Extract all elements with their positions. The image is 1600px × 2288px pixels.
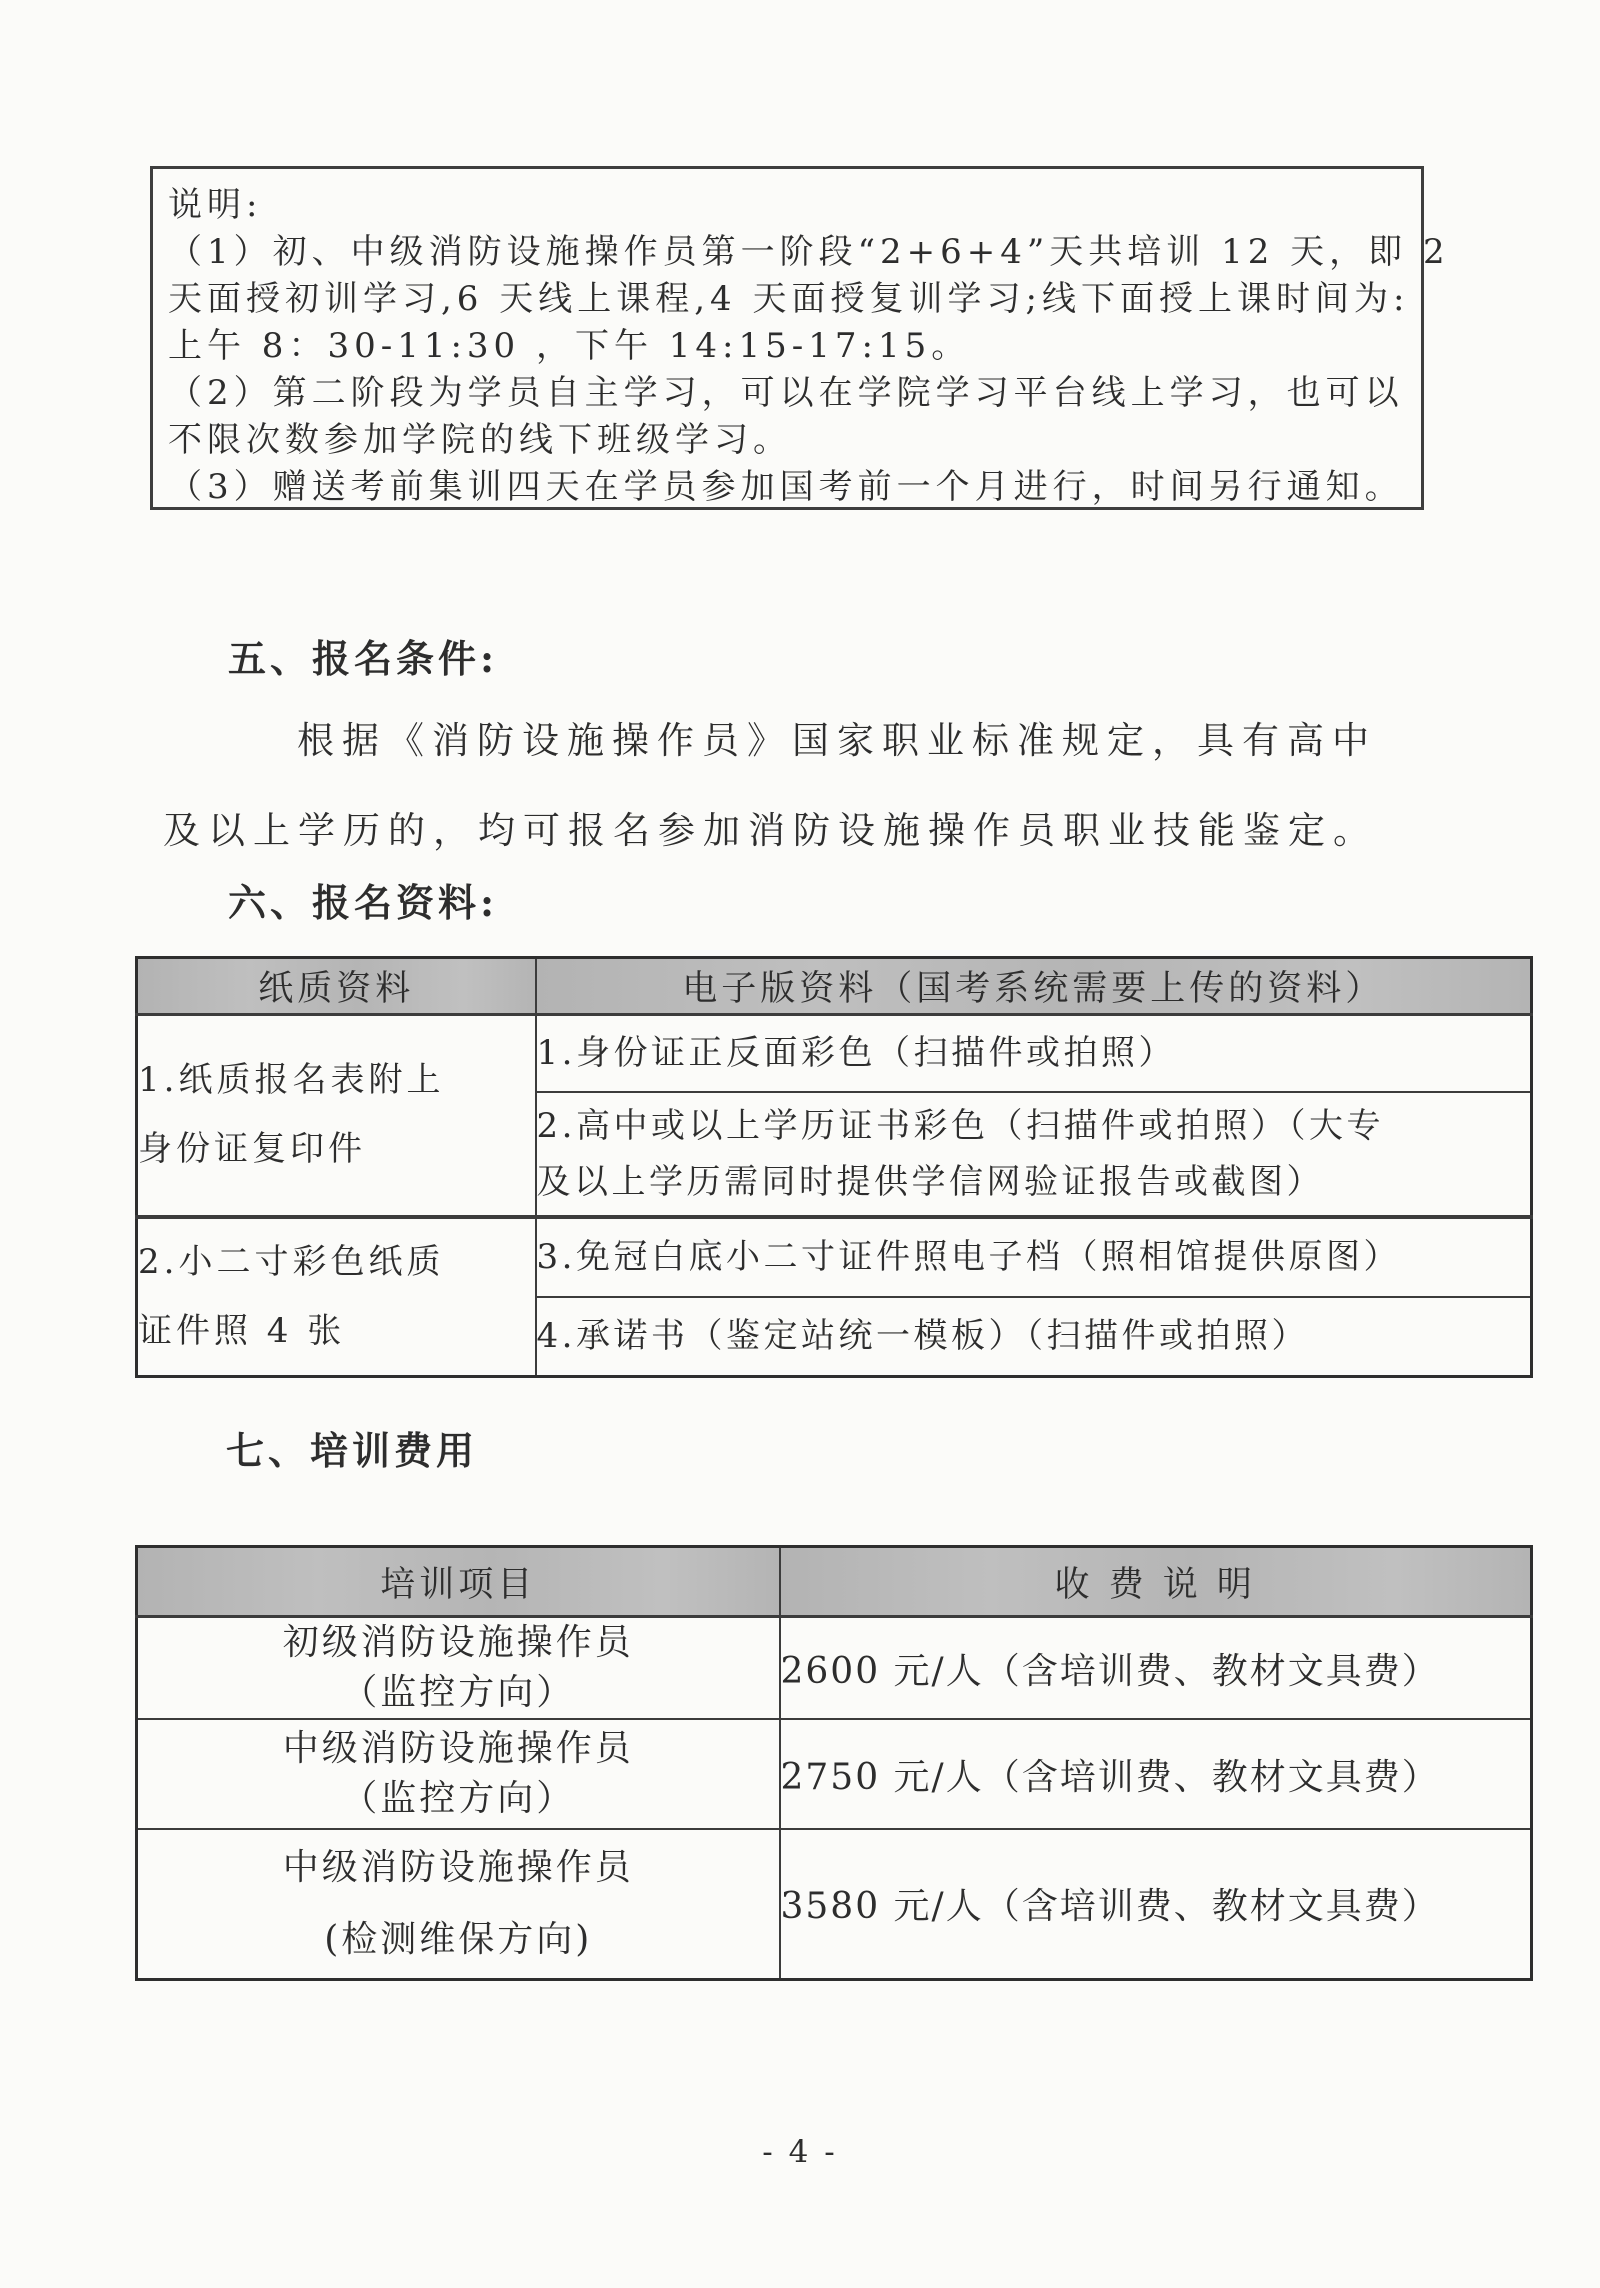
section-7-heading: 七、培训费用: [226, 1420, 478, 1475]
materials-header-row: 纸质资料 电子版资料（国考系统需要上传的资料）: [137, 958, 1532, 1015]
digital-item-line: 2.高中或以上学历证书彩色（扫描件或拍照）（大专: [537, 1098, 1531, 1154]
fee-cell: 3580 元/人（含培训费、教材文具费）: [780, 1829, 1532, 1979]
fee-cell: 2750 元/人（含培训费、教材文具费）: [780, 1719, 1532, 1829]
project-cell: 初级消防设施操作员 （监控方向）: [137, 1617, 780, 1720]
section-5-body-line-1: 根据《消防设施操作员》国家职业标准规定，具有高中: [297, 710, 1377, 764]
paper-group-line: 1.纸质报名表附上: [138, 1046, 535, 1115]
page-number: - 4 -: [0, 2134, 1600, 2170]
paper-group-cell-1: 1.纸质报名表附上 身份证复印件: [137, 1015, 536, 1217]
digital-item-cell-3: 3.免冠白底小二寸证件照电子档（照相馆提供原图）: [536, 1217, 1532, 1297]
paper-group-cell-2: 2.小二寸彩色纸质 证件照 4 张: [137, 1217, 536, 1377]
fees-table: 培训项目 收 费 说 明 初级消防设施操作员 （监控方向） 2600 元/人（含…: [135, 1545, 1533, 1981]
notes-title: 说明:: [168, 182, 1407, 229]
fees-header-project: 培训项目: [137, 1547, 780, 1617]
section-5-body-line-2: 及以上学历的，均可报名参加消防设施操作员职业技能鉴定。: [163, 800, 1378, 854]
paper-group-line: 身份证复印件: [138, 1115, 535, 1184]
notes-line-3: 上午 8：30-11:30 ，下午 14:15-17:15。: [168, 323, 1407, 370]
fee-cell: 2600 元/人（含培训费、教材文具费）: [780, 1617, 1532, 1720]
project-line: 中级消防设施操作员: [138, 1724, 779, 1774]
fee-row: 中级消防设施操作员 (检测维保方向) 3580 元/人（含培训费、教材文具费）: [137, 1829, 1532, 1979]
notes-line-1: （1）初、中级消防设施操作员第一阶段“2+6+4”天共培训 12 天，即 2: [168, 229, 1407, 276]
table-row: 1.纸质报名表附上 身份证复印件 1.身份证正反面彩色（扫描件或拍照）: [137, 1015, 1532, 1092]
digital-item-line: 1.身份证正反面彩色（扫描件或拍照）: [537, 1025, 1531, 1081]
table-row: 2.小二寸彩色纸质 证件照 4 张 3.免冠白底小二寸证件照电子档（照相馆提供原…: [137, 1217, 1532, 1297]
paper-group-line: 证件照 4 张: [138, 1297, 535, 1366]
notes-line-2: 天面授初训学习,6 天线上课程,4 天面授复训学习;线下面授上课时间为:: [168, 276, 1407, 323]
project-line: （监控方向）: [138, 1774, 779, 1824]
section-5-heading: 五、报名条件:: [228, 628, 498, 683]
digital-item-line: 4.承诺书（鉴定站统一模板）（扫描件或拍照）: [537, 1308, 1531, 1364]
section-6-heading: 六、报名资料:: [228, 872, 498, 927]
digital-item-line: 及以上学历需同时提供学信网验证报告或截图）: [537, 1154, 1531, 1210]
project-cell: 中级消防设施操作员 (检测维保方向): [137, 1829, 780, 1979]
materials-header-digital: 电子版资料（国考系统需要上传的资料）: [536, 958, 1532, 1015]
fee-row: 中级消防设施操作员 （监控方向） 2750 元/人（含培训费、教材文具费）: [137, 1719, 1532, 1829]
project-line: 中级消防设施操作员: [138, 1845, 779, 1891]
digital-item-line: 3.免冠白底小二寸证件照电子档（照相馆提供原图）: [537, 1229, 1531, 1285]
digital-item-cell-2: 2.高中或以上学历证书彩色（扫描件或拍照）（大专 及以上学历需同时提供学信网验证…: [536, 1092, 1532, 1217]
paper-group-line: 2.小二寸彩色纸质: [138, 1228, 535, 1297]
notes-line-6: （3）赠送考前集训四天在学员参加国考前一个月进行，时间另行通知。: [168, 464, 1407, 511]
notes-box: 说明: （1）初、中级消防设施操作员第一阶段“2+6+4”天共培训 12 天，即…: [150, 166, 1424, 510]
materials-header-paper: 纸质资料: [137, 958, 536, 1015]
notes-line-4: （2）第二阶段为学员自主学习，可以在学院学习平台线上学习，也可以: [168, 370, 1407, 417]
project-line: (检测维保方向): [138, 1917, 779, 1963]
project-line: 初级消防设施操作员: [138, 1618, 779, 1668]
fees-header-row: 培训项目 收 费 说 明: [137, 1547, 1532, 1617]
document-page: 说明: （1）初、中级消防设施操作员第一阶段“2+6+4”天共培训 12 天，即…: [0, 0, 1600, 2288]
fee-row: 初级消防设施操作员 （监控方向） 2600 元/人（含培训费、教材文具费）: [137, 1617, 1532, 1720]
project-line: （监控方向）: [138, 1668, 779, 1718]
fees-header-fee: 收 费 说 明: [780, 1547, 1532, 1617]
digital-item-cell-4: 4.承诺书（鉴定站统一模板）（扫描件或拍照）: [536, 1297, 1532, 1377]
materials-table: 纸质资料 电子版资料（国考系统需要上传的资料） 1.纸质报名表附上 身份证复印件…: [135, 956, 1533, 1378]
digital-item-cell-1: 1.身份证正反面彩色（扫描件或拍照）: [536, 1015, 1532, 1092]
project-cell: 中级消防设施操作员 （监控方向）: [137, 1719, 780, 1829]
notes-line-5: 不限次数参加学院的线下班级学习。: [168, 417, 1407, 464]
